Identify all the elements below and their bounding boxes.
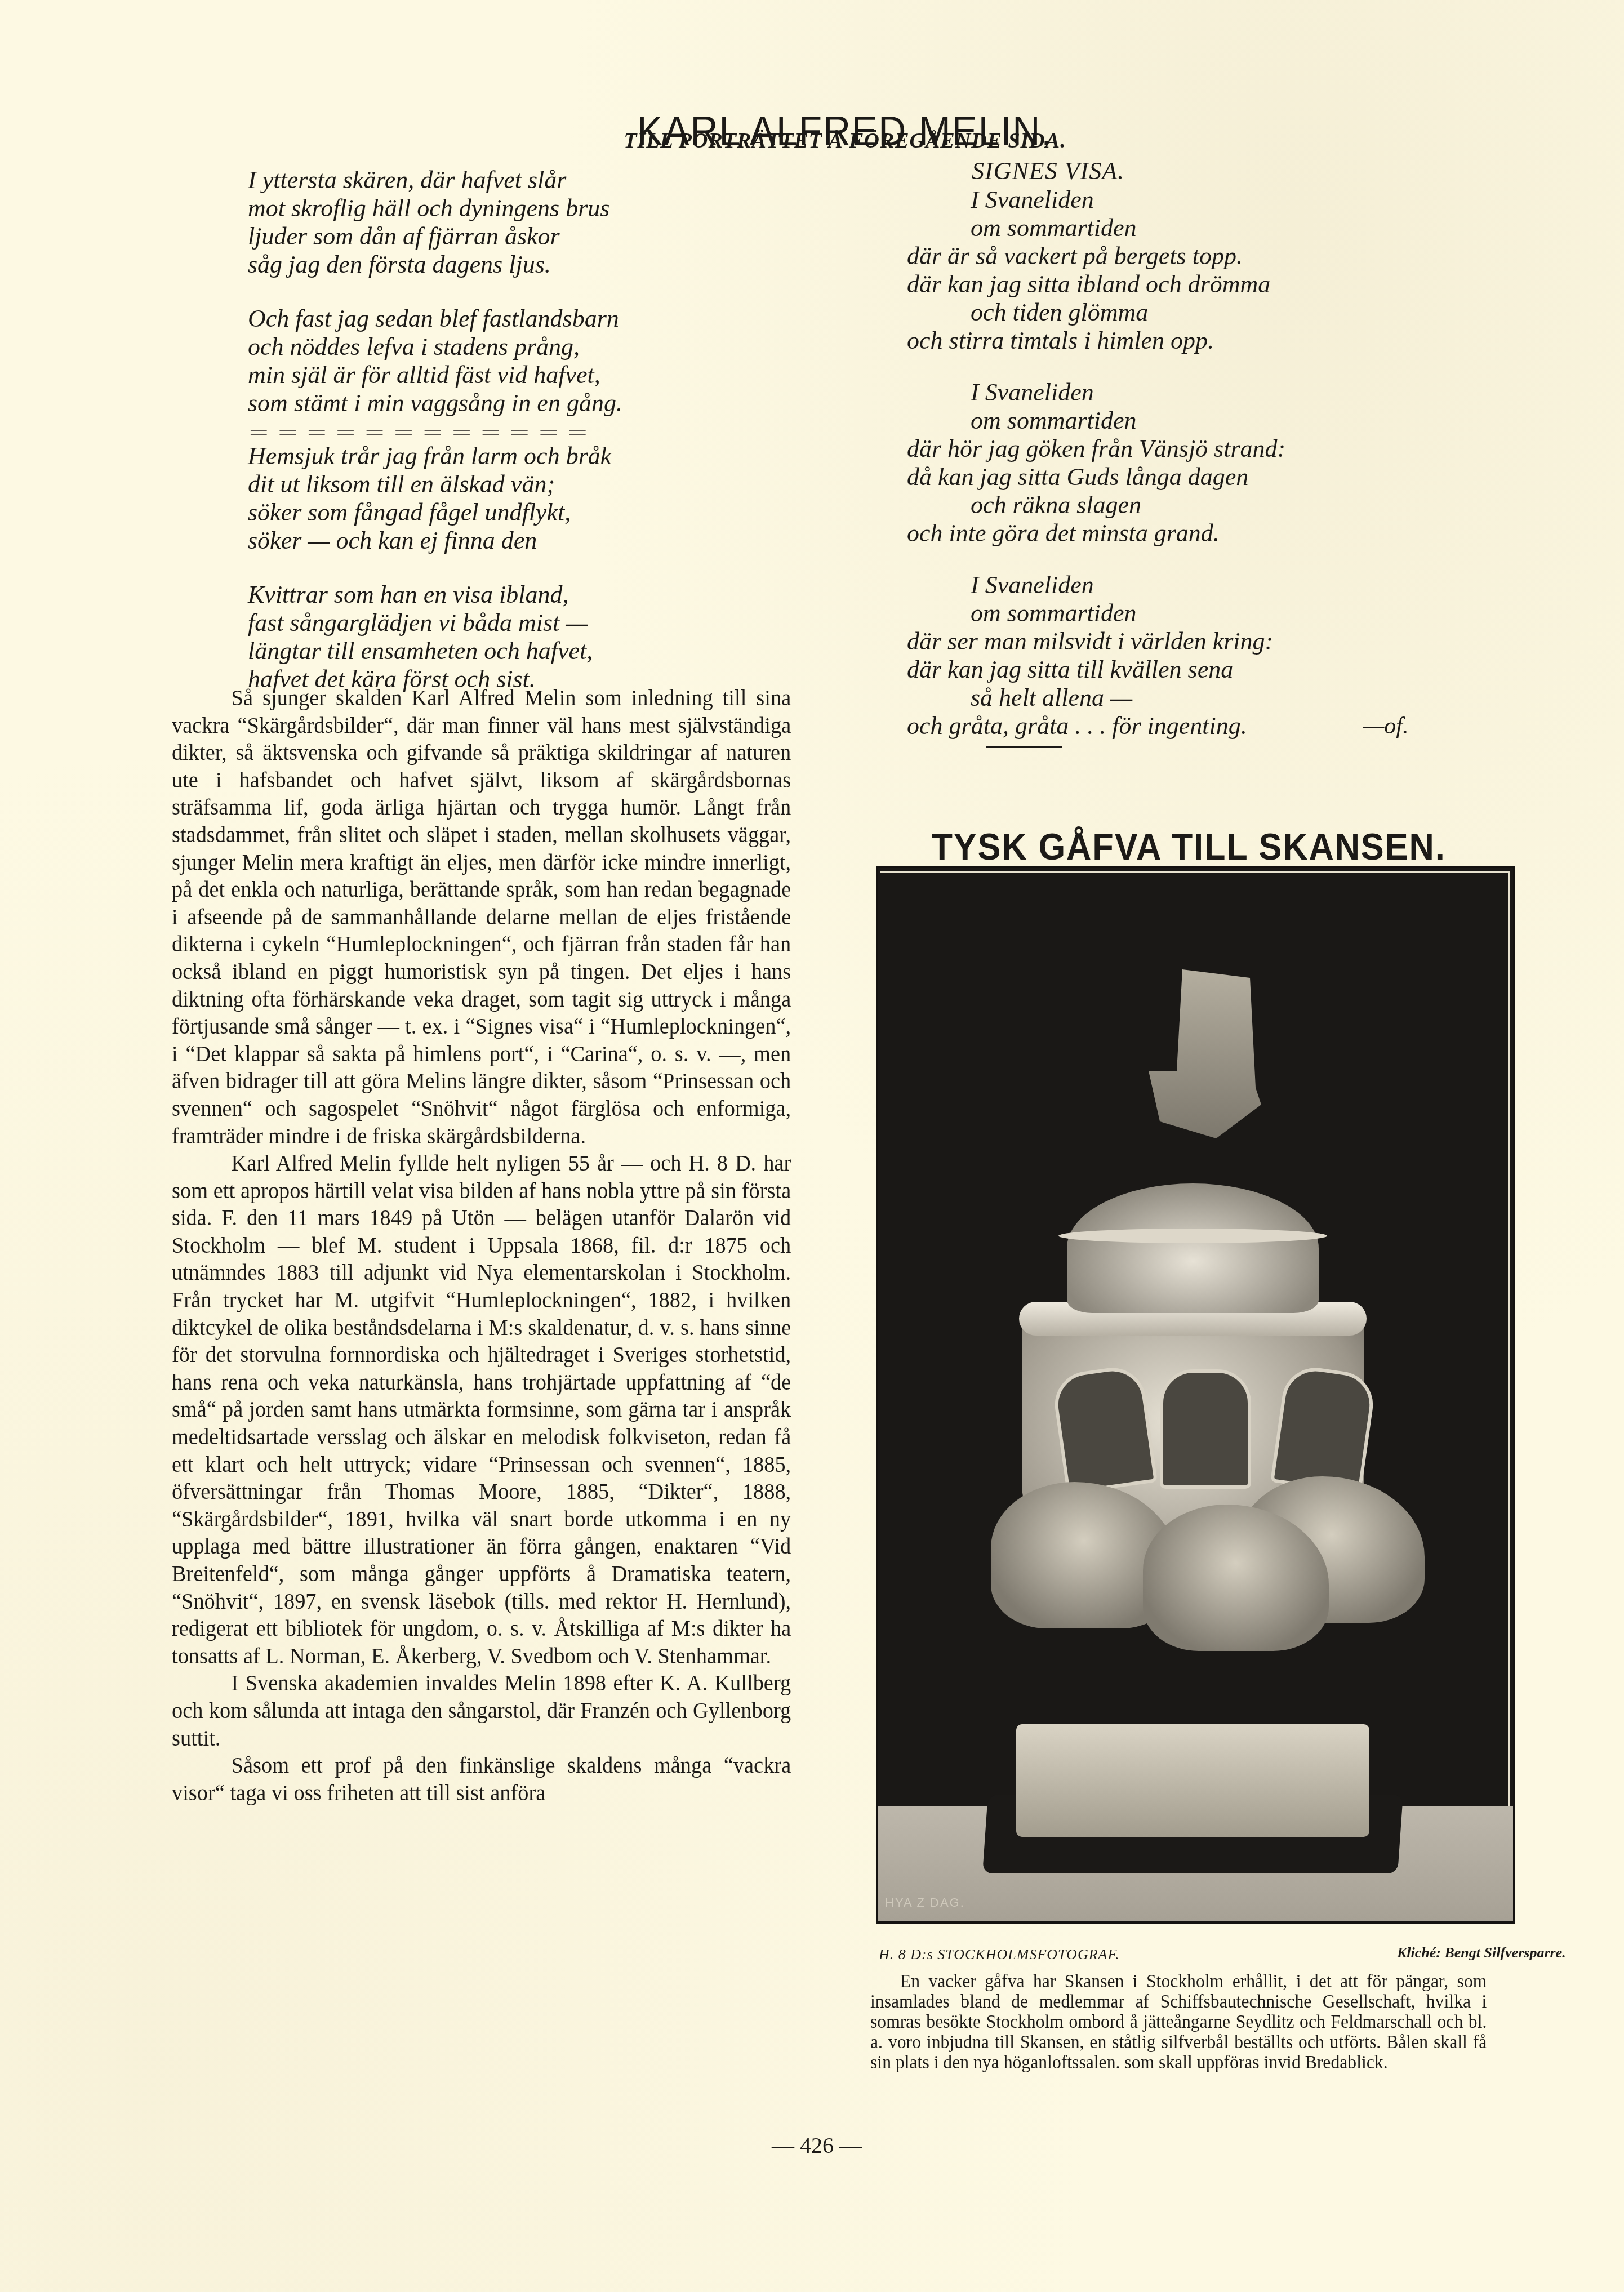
article-subtitle: TILL PORTRÄTTET Å FÖREGÅENDE SIDA.	[563, 128, 1127, 153]
poem-line: där är så vackert på bergets topp.	[907, 242, 1285, 270]
poem-stanza: I Svaneliden om sommartiden där hör jag …	[907, 379, 1285, 548]
skansen-title: TYSK GÅFVA TILL SKANSEN.	[901, 825, 1477, 868]
body-paragraph: I Svenska akademien invaldes Melin 1898 …	[172, 1670, 791, 1752]
poem-line: dit ut liksom till en älskad vän;	[248, 470, 611, 499]
body-paragraph: Karl Alfred Melin fyllde helt nyligen 55…	[172, 1150, 791, 1670]
poem-stanza: Kvittrar som han en visa ibland, fast så…	[248, 581, 611, 693]
poem-line: där hör jag göken från Vänsjö strand:	[907, 435, 1285, 463]
poem-line: och stirra timtals i himlen opp.	[907, 327, 1285, 355]
poem-line: fast sångarglädjen vi båda mist —	[248, 609, 611, 637]
poem-stanza: I Svaneliden om sommartiden där är så va…	[907, 186, 1285, 355]
intro-poem-part-1: I yttersta skären, där hafvet slår mot s…	[248, 166, 622, 443]
poem-line: Och fast jag sedan blef fastlandsbarn	[248, 305, 622, 333]
poem-line: mot skroflig häll och dyningens brus	[248, 194, 622, 222]
signes-visa-poem: I Svaneliden om sommartiden där är så va…	[907, 186, 1285, 764]
poem-line: Hemsjuk trår jag från larm och bråk	[248, 442, 611, 470]
intro-poem-part-2: Hemsjuk trår jag från larm och bråk dit …	[248, 442, 611, 719]
poem-line: såg jag den första dagens ljus.	[248, 251, 622, 279]
poem-line: söker — och kan ej finna den	[248, 527, 611, 555]
poem-stanza: I Svaneliden om sommartiden där ser man …	[907, 571, 1285, 740]
poem-signature: —of.	[1363, 713, 1409, 740]
poem-line: och gråta, gråta . . . för ingenting.	[907, 712, 1285, 740]
poem-line: ljuder som dån af fjärran åskor	[248, 222, 622, 251]
silver-bowl-photo: HYA Z DAG.	[876, 866, 1515, 1924]
poem-line: I yttersta skären, där hafvet slår	[248, 166, 622, 194]
poem-line: där ser man milsvidt i världen kring:	[907, 627, 1285, 656]
poem-line: så helt allena —	[907, 684, 1285, 712]
poem-divider: ═ ═ ═ ═ ═ ═ ═ ═ ═ ═ ═ ═	[251, 420, 589, 445]
poem-line: och tiden glömma	[907, 299, 1285, 327]
body-paragraph: Såsom ett prof på den finkänslige skalde…	[172, 1752, 791, 1806]
poem-line: om sommartiden	[907, 407, 1285, 435]
poem-stanza: Hemsjuk trår jag från larm och bråk dit …	[248, 442, 611, 555]
caption-text: En vacker gåfva har Skansen i Stockholm …	[870, 1971, 1487, 2073]
poem-line: om sommartiden	[907, 599, 1285, 627]
poem-line: I Svaneliden	[907, 571, 1285, 599]
body-paragraph: Så sjunger skalden Karl Alfred Melin som…	[172, 684, 791, 1150]
cliche-credit: Kliché: Bengt Silfversparre.	[1397, 1944, 1566, 1961]
poem-line: I Svaneliden	[907, 186, 1285, 214]
photo-caption: En vacker gåfva har Skansen i Stockholm …	[870, 1971, 1487, 2073]
poem-stanza: I yttersta skären, där hafvet slår mot s…	[248, 166, 622, 279]
poem-line: om sommartiden	[907, 214, 1285, 242]
bowl-lid-brim	[1058, 1229, 1327, 1243]
article-body: Så sjunger skalden Karl Alfred Melin som…	[172, 684, 791, 1806]
poem-line: där kan jag sitta ibland och drömma	[907, 270, 1285, 299]
section-rule	[986, 746, 1062, 748]
poem-line: längtar till ensamheten och hafvet,	[248, 637, 611, 665]
bowl-panel	[1160, 1369, 1251, 1489]
poem-line: som stämt i min vaggsång in en gång.	[248, 389, 622, 417]
poem-line: och nöddes lefva i stadens prång,	[248, 333, 622, 361]
poem-stanza: Och fast jag sedan blef fastlandsbarn oc…	[248, 305, 622, 417]
bowl-base	[1016, 1724, 1369, 1837]
poem-line: och räkna slagen	[907, 491, 1285, 519]
poem-line: där kan jag sitta till kvällen sena	[907, 656, 1285, 684]
page-number: — 426 —	[732, 2132, 901, 2159]
bowl-lid	[1067, 1183, 1319, 1313]
poem-line: min själ är för alltid fäst vid hafvet,	[248, 361, 622, 389]
photo-credit: H. 8 D:s STOCKHOLMSFOTOGRAF.	[879, 1946, 1119, 1963]
poem-line: söker som fångad fågel undflykt,	[248, 499, 611, 527]
signes-visa-title: SIGNES VISA.	[972, 157, 1310, 185]
poem-line: Kvittrar som han en visa ibland,	[248, 581, 611, 609]
poem-line: och inte göra det minsta grand.	[907, 519, 1285, 548]
poem-line: då kan jag sitta Guds långa dagen	[907, 463, 1285, 491]
poem-line: I Svaneliden	[907, 379, 1285, 407]
photo-corner-mark: HYA Z DAG.	[885, 1895, 965, 1910]
